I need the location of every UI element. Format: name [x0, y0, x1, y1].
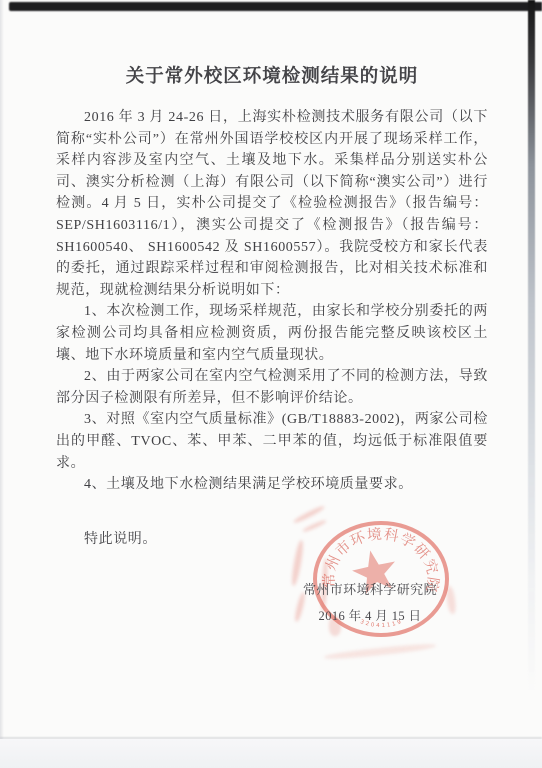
- issue-date: 2016 年 4 月 15 日: [301, 606, 439, 624]
- scan-edge-left: [0, 0, 4, 768]
- document-body: 2016 年 3 月 24-26 日，上海实朴检测技术服务有限公司（以下简称“实…: [56, 107, 488, 496]
- scanned-document-page: 关于常外校区环境检测结果的说明 2016 年 3 月 24-26 日，上海实朴检…: [0, 0, 542, 768]
- body-paragraph: 2016 年 3 月 24-26 日，上海实朴检测技术服务有限公司（以下简称“实…: [56, 107, 488, 301]
- scan-edge-right: [528, 0, 535, 690]
- body-paragraph: 2、由于两家公司在室内空气检测采用了不同的检测方法，导致部分因子检测限有所差异，…: [56, 366, 488, 409]
- body-paragraph: 1、本次检测工作，现场采样规范，由家长和学校分别委托的两家检测公司均具备相应检测…: [56, 301, 488, 366]
- document-title: 关于常外校区环境检测结果的说明: [56, 62, 488, 88]
- scan-edge-top: [9, 2, 542, 11]
- body-paragraph: 4、土壤及地下水检测结果满足学校环境质量要求。: [56, 474, 488, 496]
- signature-block: 常州市环境科学研究院 2016 年 4 月 15 日: [301, 582, 439, 624]
- document-content: 关于常外校区环境检测结果的说明 2016 年 3 月 24-26 日，上海实朴检…: [56, 62, 488, 550]
- body-paragraph: 3、对照《室内空气质量标准》(GB/T18883-2002)，两家公司检出的甲醛…: [56, 409, 488, 474]
- issuer-name: 常州市环境科学研究院: [301, 582, 439, 598]
- scan-edge-bottom-zone: [0, 739, 542, 768]
- official-seal-stamp: 常州市环境科学研究院 32041119: [309, 517, 455, 643]
- ink-smudge: [324, 642, 436, 661]
